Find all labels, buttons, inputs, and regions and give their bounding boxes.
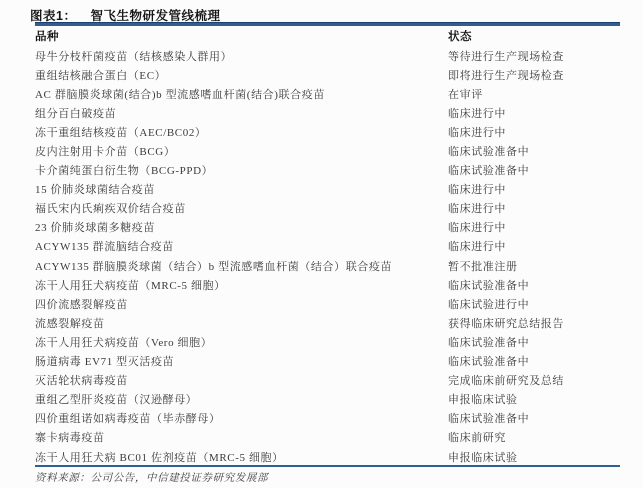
- product-cell: 流感裂解疫苗: [35, 313, 448, 332]
- status-cell: 完成临床前研究及总结: [448, 371, 620, 390]
- table-row: ACYW135 群流脑结合疫苗临床进行中: [35, 237, 620, 256]
- table-row: 灭活轮状病毒疫苗完成临床前研究及总结: [35, 371, 620, 390]
- table-row: 流感裂解疫苗获得临床研究总结报告: [35, 313, 620, 332]
- bottom-rule: [35, 465, 620, 467]
- product-cell: 组分百白破疫苗: [35, 103, 448, 122]
- table-row: 15 价肺炎球菌结合疫苗临床进行中: [35, 180, 620, 199]
- product-cell: ACYW135 群脑膜炎球菌（结合）b 型流感嗜血杆菌（结合）联合疫苗: [35, 256, 448, 275]
- pipeline-table: 品种 状态 母牛分枝杆菌疫苗（结核感染人群用）等待进行生产现场检查重组结核融合蛋…: [35, 26, 620, 466]
- table-row: 肠道病毒 EV71 型灭活疫苗临床试验准备中: [35, 352, 620, 371]
- status-cell: 即将进行生产现场检查: [448, 65, 620, 84]
- product-cell: 冻干人用狂犬病疫苗（Vero 细胞）: [35, 332, 448, 351]
- status-cell: 临床试验准备中: [448, 352, 620, 371]
- product-cell: 寨卡病毒疫苗: [35, 428, 448, 447]
- table-row: 皮内注射用卡介苗（BCG）临床试验准备中: [35, 141, 620, 160]
- status-cell: 临床试验进行中: [448, 294, 620, 313]
- product-cell: 冻干重组结核疫苗（AEC/BC02）: [35, 122, 448, 141]
- product-cell: 23 价肺炎球菌多糖疫苗: [35, 218, 448, 237]
- status-cell: 临床试验准备中: [448, 141, 620, 160]
- table-row: 卡介菌纯蛋白衍生物（BCG-PPD）临床试验准备中: [35, 161, 620, 180]
- status-cell: 临床进行中: [448, 180, 620, 199]
- status-cell: 临床试验准备中: [448, 275, 620, 294]
- column-header-product: 品种: [35, 26, 448, 46]
- status-cell: 申报临床试验: [448, 447, 620, 466]
- table-row: 福氏宋内氏痢疾双价结合疫苗临床进行中: [35, 199, 620, 218]
- table-row: 四价流感裂解疫苗临床试验进行中: [35, 294, 620, 313]
- status-cell: 暂不批准注册: [448, 256, 620, 275]
- product-cell: 四价重组诺如病毒疫苗（毕赤酵母）: [35, 409, 448, 428]
- product-cell: 皮内注射用卡介苗（BCG）: [35, 141, 448, 160]
- table-row: 冻干人用狂犬病 BC01 佐剂疫苗（MRC-5 细胞）申报临床试验: [35, 447, 620, 466]
- product-cell: 灭活轮状病毒疫苗: [35, 371, 448, 390]
- status-cell: 临床进行中: [448, 122, 620, 141]
- product-cell: 福氏宋内氏痢疾双价结合疫苗: [35, 199, 448, 218]
- status-cell: 临床前研究: [448, 428, 620, 447]
- table-row: 组分百白破疫苗临床进行中: [35, 103, 620, 122]
- figure-title-text: 智飞生物研发管线梳理: [90, 9, 220, 23]
- product-cell: 冻干人用狂犬病 BC01 佐剂疫苗（MRC-5 细胞）: [35, 447, 448, 466]
- table-row: 冻干人用狂犬病疫苗（Vero 细胞）临床试验准备中: [35, 332, 620, 351]
- product-cell: 卡介菌纯蛋白衍生物（BCG-PPD）: [35, 161, 448, 180]
- table-row: 重组结核融合蛋白（EC）即将进行生产现场检查: [35, 65, 620, 84]
- product-cell: 冻干人用狂犬病疫苗（MRC-5 细胞）: [35, 275, 448, 294]
- product-cell: 肠道病毒 EV71 型灭活疫苗: [35, 352, 448, 371]
- status-cell: 临床进行中: [448, 199, 620, 218]
- status-cell: 在审评: [448, 84, 620, 103]
- status-cell: 申报临床试验: [448, 390, 620, 409]
- status-cell: 临床进行中: [448, 103, 620, 122]
- table-row: 母牛分枝杆菌疫苗（结核感染人群用）等待进行生产现场检查: [35, 46, 620, 65]
- table-row: 重组乙型肝炎疫苗（汉逊酵母）申报临床试验: [35, 390, 620, 409]
- product-cell: 母牛分枝杆菌疫苗（结核感染人群用）: [35, 46, 448, 65]
- product-cell: ACYW135 群流脑结合疫苗: [35, 237, 448, 256]
- source-note: 资料来源：公司公告，中信建投证券研究发展部: [35, 470, 268, 485]
- status-cell: 临床试验准备中: [448, 161, 620, 180]
- status-cell: 临床试验准备中: [448, 332, 620, 351]
- table-row: 冻干重组结核疫苗（AEC/BC02）临床进行中: [35, 122, 620, 141]
- product-cell: 四价流感裂解疫苗: [35, 294, 448, 313]
- column-header-status: 状态: [448, 26, 620, 46]
- table-row: 四价重组诺如病毒疫苗（毕赤酵母）临床试验准备中: [35, 409, 620, 428]
- table-row: 寨卡病毒疫苗临床前研究: [35, 428, 620, 447]
- status-cell: 临床试验准备中: [448, 409, 620, 428]
- status-cell: 临床进行中: [448, 237, 620, 256]
- product-cell: 15 价肺炎球菌结合疫苗: [35, 180, 448, 199]
- table-row: AC 群脑膜炎球菌(结合)b 型流感嗜血杆菌(结合)联合疫苗在审评: [35, 84, 620, 103]
- table-row: 冻干人用狂犬病疫苗（MRC-5 细胞）临床试验准备中: [35, 275, 620, 294]
- report-figure-page: 图表1：智飞生物研发管线梳理 品种 状态 母牛分枝杆菌疫苗（结核感染人群用）等待…: [0, 0, 643, 488]
- table-row: ACYW135 群脑膜炎球菌（结合）b 型流感嗜血杆菌（结合）联合疫苗暂不批准注…: [35, 256, 620, 275]
- figure-number-label: 图表1：: [30, 9, 76, 23]
- table-row: 23 价肺炎球菌多糖疫苗临床进行中: [35, 218, 620, 237]
- product-cell: 重组结核融合蛋白（EC）: [35, 65, 448, 84]
- product-cell: 重组乙型肝炎疫苗（汉逊酵母）: [35, 390, 448, 409]
- status-cell: 获得临床研究总结报告: [448, 313, 620, 332]
- product-cell: AC 群脑膜炎球菌(结合)b 型流感嗜血杆菌(结合)联合疫苗: [35, 84, 448, 103]
- table-header-row: 品种 状态: [35, 26, 620, 46]
- status-cell: 临床进行中: [448, 218, 620, 237]
- status-cell: 等待进行生产现场检查: [448, 46, 620, 65]
